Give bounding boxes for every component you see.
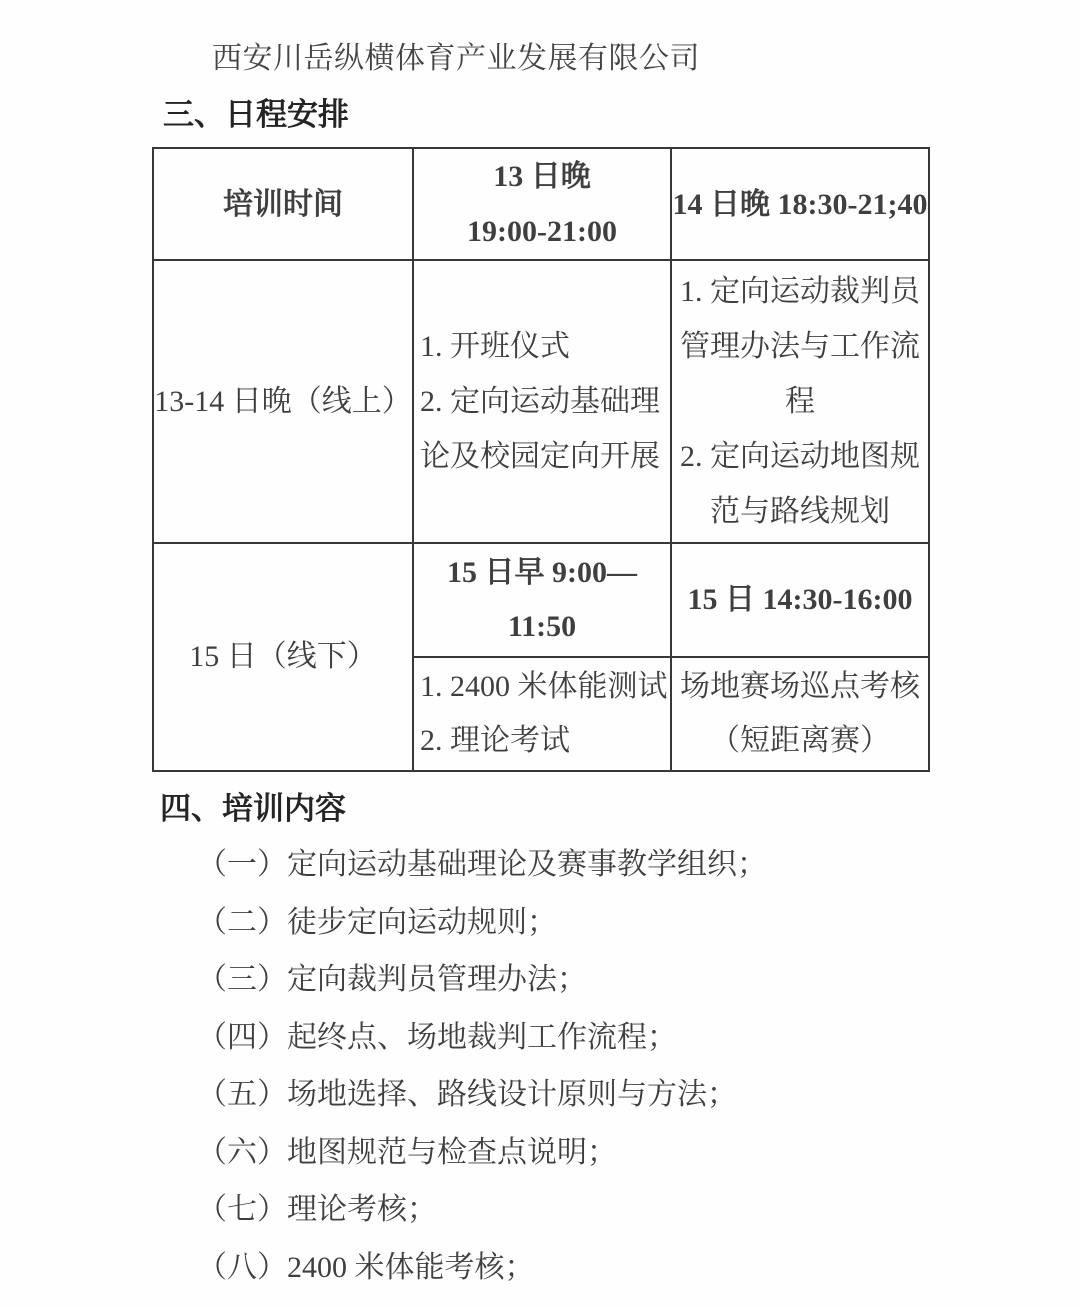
text-line: 19:00-21:00 (414, 204, 670, 259)
text-line: 11:50 (414, 600, 670, 654)
content-item-4: （四）起终点、场地裁判工作流程； (197, 1009, 767, 1067)
content-item-5: （五）场地选择、路线设计原则与方法； (197, 1066, 767, 1124)
text-line: 场地赛场巡点考核 (672, 660, 928, 714)
content-item-8: （八）2400 米体能考核； (197, 1239, 767, 1297)
header-cell-14th-night: 14 日晚 18:30-21;40 (671, 148, 929, 260)
cell-morning-session-time: 15 日早 9:00— 11:50 (413, 543, 671, 657)
text-line: 管理办法与工作流 (672, 319, 928, 374)
header-cell-training-time: 培训时间 (153, 148, 413, 260)
content-item-7: （七）理论考核； (197, 1181, 767, 1239)
content-item-2: （二）徒步定向运动规则； (197, 894, 767, 952)
cell-afternoon-session-time: 15 日 14:30-16:00 (671, 543, 929, 657)
document-page: 西安川岳纵横体育产业发展有限公司 三、日程安排 培训时间 13 日晚 19:00… (0, 0, 1080, 1307)
text-line: 14 日晚 18:30-21;40 (672, 177, 928, 232)
text-line: 1. 2400 米体能测试 (420, 660, 670, 714)
content-item-6: （六）地图规范与检查点说明； (197, 1124, 767, 1182)
company-name: 西安川岳纵横体育产业发展有限公司 (212, 40, 700, 78)
section-schedule-heading: 三、日程安排 (163, 96, 349, 134)
text-line: 15 日早 9:00— (414, 546, 670, 600)
text-line: 2. 定向运动地图规 (672, 429, 928, 484)
cell-13th-content: 1. 开班仪式 2. 定向运动基础理 论及校园定向开展 (413, 260, 671, 543)
text-line: 范与路线规划 (672, 484, 928, 539)
text-line: 培训时间 (154, 177, 412, 232)
text-line: 论及校园定向开展 (420, 429, 670, 484)
header-cell-13th-night: 13 日晚 19:00-21:00 (413, 148, 671, 260)
section-content-heading: 四、培训内容 (160, 790, 346, 828)
cell-online-dates: 13-14 日晚（线上） (153, 260, 413, 543)
text-line: 15 日（线下） (154, 630, 412, 684)
content-item-3: （三）定向裁判员管理办法； (197, 951, 767, 1009)
text-line: 13-14 日晚（线上） (154, 374, 412, 429)
text-line: 2. 理论考试 (420, 714, 670, 768)
text-line: 1. 开班仪式 (420, 319, 670, 374)
schedule-table: 培训时间 13 日晚 19:00-21:00 14 日晚 18:30-21;40… (152, 147, 930, 772)
text-line: 程 (672, 374, 928, 429)
cell-morning-session-content: 1. 2400 米体能测试 2. 理论考试 (413, 657, 671, 771)
text-line: 13 日晚 (414, 149, 670, 204)
content-item-1: （一）定向运动基础理论及赛事教学组织； (197, 836, 767, 894)
text-line: 2. 定向运动基础理 (420, 374, 670, 429)
training-content-list: （一）定向运动基础理论及赛事教学组织； （二）徒步定向运动规则； （三）定向裁判… (197, 836, 767, 1296)
text-line: 1. 定向运动裁判员 (672, 264, 928, 319)
text-line: 15 日 14:30-16:00 (672, 573, 928, 627)
cell-offline-dates: 15 日（线下） (153, 543, 413, 771)
cell-14th-content: 1. 定向运动裁判员 管理办法与工作流 程 2. 定向运动地图规 范与路线规划 (671, 260, 929, 543)
text-line: （短距离赛） (672, 714, 928, 768)
cell-afternoon-session-content: 场地赛场巡点考核 （短距离赛） (671, 657, 929, 771)
